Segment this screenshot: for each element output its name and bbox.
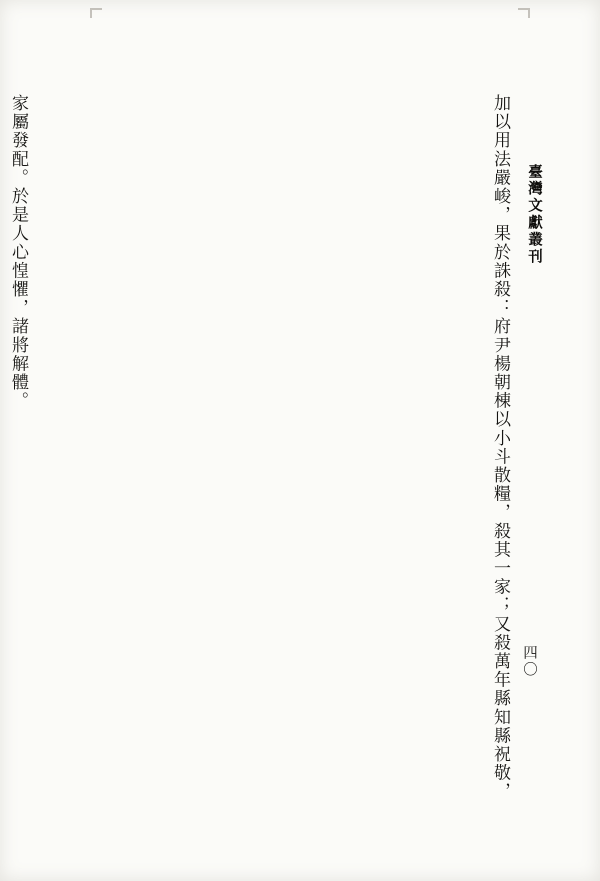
scan-registration-mark: [90, 8, 102, 18]
scan-registration-mark: [518, 8, 530, 18]
scanned-book-page: 臺灣文獻叢刊 四〇 加以用法嚴峻，果於誅殺：府尹楊朝棟以小斗散糧，殺其一家；又殺…: [0, 0, 600, 881]
text-column: 家屬發配。於是人心惶懼，諸將解體。: [0, 94, 33, 808]
text-column: 加以用法嚴峻，果於誅殺：府尹楊朝棟以小斗散糧，殺其一家；又殺萬年縣知縣祝敬，: [33, 94, 515, 808]
running-head-series-title: 臺灣文獻叢刊: [524, 164, 545, 265]
page-number: 四〇: [519, 645, 540, 678]
vertical-text-block: 加以用法嚴峻，果於誅殺：府尹楊朝棟以小斗散糧，殺其一家；又殺萬年縣知縣祝敬， 家…: [33, 94, 515, 808]
